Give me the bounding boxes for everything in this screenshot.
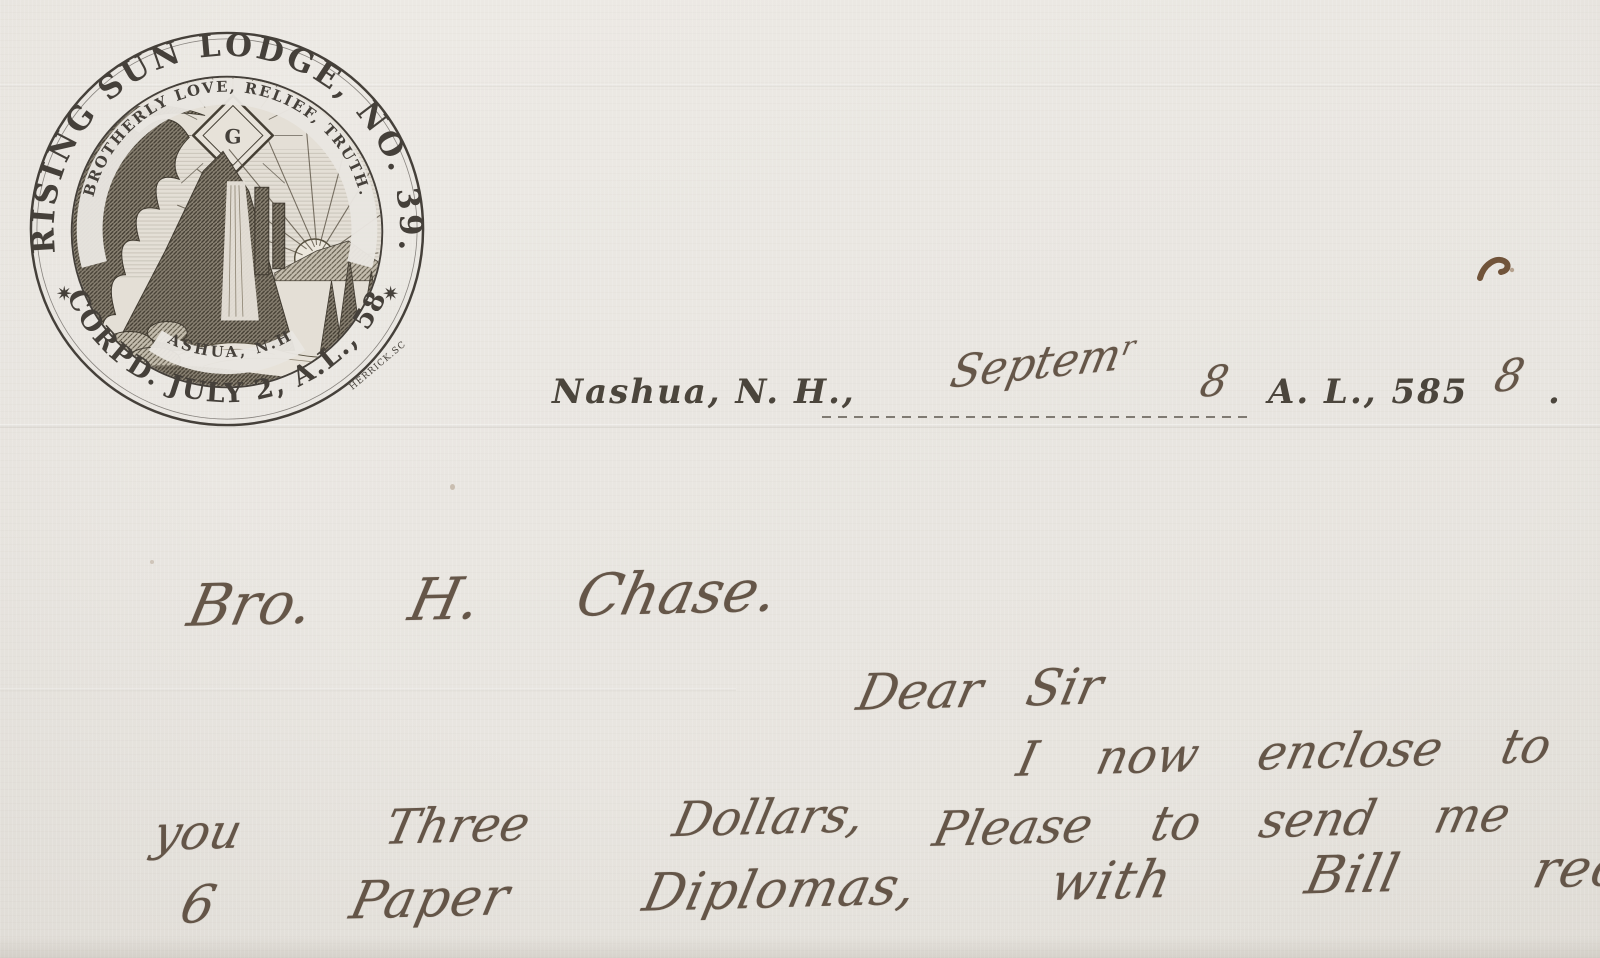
printed-period: . — [1548, 372, 1562, 412]
letter-greeting: Dear Sir — [852, 657, 1108, 722]
printed-era: A. L., 585 — [1268, 372, 1468, 412]
letter-body-line: I now enclose to — [1012, 718, 1557, 788]
paper-speck — [150, 560, 154, 564]
ink-blot — [1472, 244, 1520, 288]
letter-body-line: you Three Dollars, — [148, 787, 870, 862]
handwritten-day: 8 — [1196, 355, 1233, 407]
date-fill-rule — [822, 416, 1248, 418]
paper-speck — [450, 484, 455, 490]
lodge-seal: G — [18, 20, 436, 438]
letter-sheet: G — [0, 0, 1600, 958]
paper-crease — [0, 688, 736, 691]
handwritten-month: Septemʳ — [946, 327, 1141, 399]
handwritten-year-digit: 8 — [1490, 349, 1529, 403]
printed-place: Nashua, N. H., — [552, 372, 856, 412]
letter-salutation: Bro. H. Chase. — [182, 556, 784, 640]
seal-star-left: ✷ — [56, 283, 73, 306]
emblem-letter-g: G — [224, 124, 241, 148]
seal-star-right: ✷ — [382, 283, 399, 306]
paper-bottom-shadow — [0, 936, 1600, 958]
